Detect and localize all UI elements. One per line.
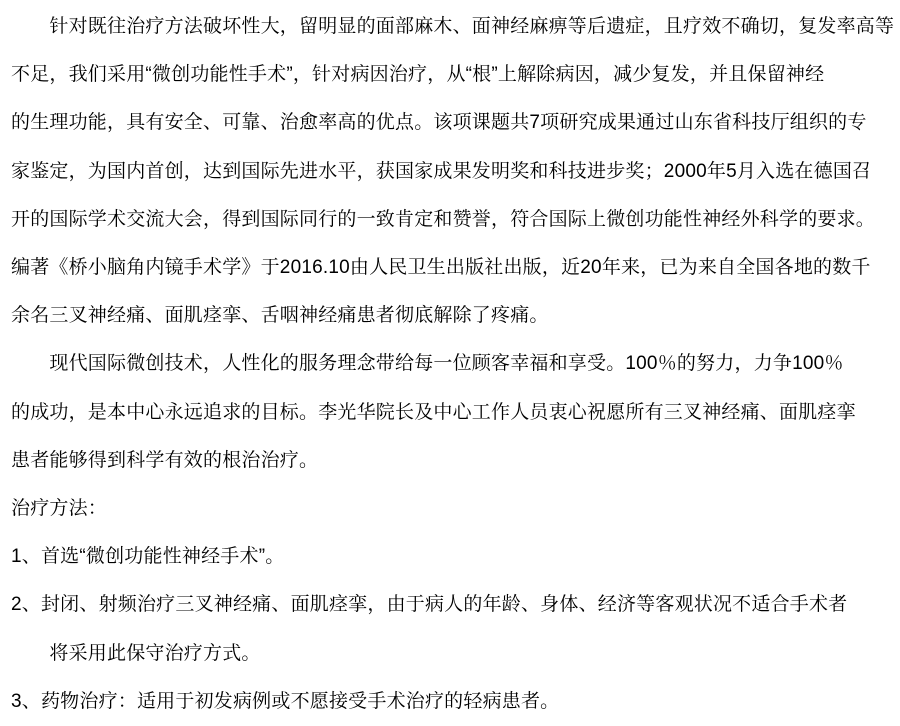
text-line: 的成功，是本中心永远追求的目标。李光华院长及中心工作人员衷心祝愿所有三叉神经痛、… [11, 389, 882, 437]
text-line: 不足，我们采用“微创功能性手术”，针对病因治疗，从“根”上解除病因，减少复发，并… [11, 51, 882, 99]
text-line-list-item: 1、首选“微创功能性神经手术”。 [11, 533, 882, 581]
text-line: 患者能够得到科学有效的根治治疗。 [11, 437, 882, 485]
text-line-heading: 治疗方法： [11, 485, 882, 533]
text-line: 开的国际学术交流大会，得到国际同行的一致肯定和赞誉，符合国际上微创功能性神经外科… [11, 196, 882, 244]
text-line-list-item: 2、封闭、射频治疗三叉神经痛、面肌痉挛，由于病人的年龄、身体、经济等客观状况不适… [11, 581, 882, 629]
text-line: 针对既往治疗方法破坏性大，留明显的面部麻木、面神经麻痹等后遗症，且疗效不确切，复… [11, 3, 882, 51]
text-line-list-item: 3、药物治疗：适用于初发病例或不愿接受手术治疗的轻病患者。 [11, 678, 882, 726]
text-line: 的生理功能，具有安全、可靠、治愈率高的优点。该项课题共7项研究成果通过山东省科技… [11, 99, 882, 147]
document-page: 针对既往治疗方法破坏性大，留明显的面部麻木、面神经麻痹等后遗症，且疗效不确切，复… [0, 0, 900, 726]
text-line: 余名三叉神经痛、面肌痉挛、舌咽神经痛患者彻底解除了疼痛。 [11, 292, 882, 340]
text-line: 家鉴定，为国内首创，达到国际先进水平，获国家成果发明奖和科技进步奖；2000年5… [11, 148, 882, 196]
text-line-list-item-continuation: 将采用此保守治疗方式。 [11, 630, 882, 678]
text-line: 编著《桥小脑角内镜手术学》于2016.10由人民卫生出版社出版，近20年来，已为… [11, 244, 882, 292]
text-line: 现代国际微创技术，人性化的服务理念带给每一位顾客幸福和享受。100％的努力，力争… [11, 340, 882, 388]
